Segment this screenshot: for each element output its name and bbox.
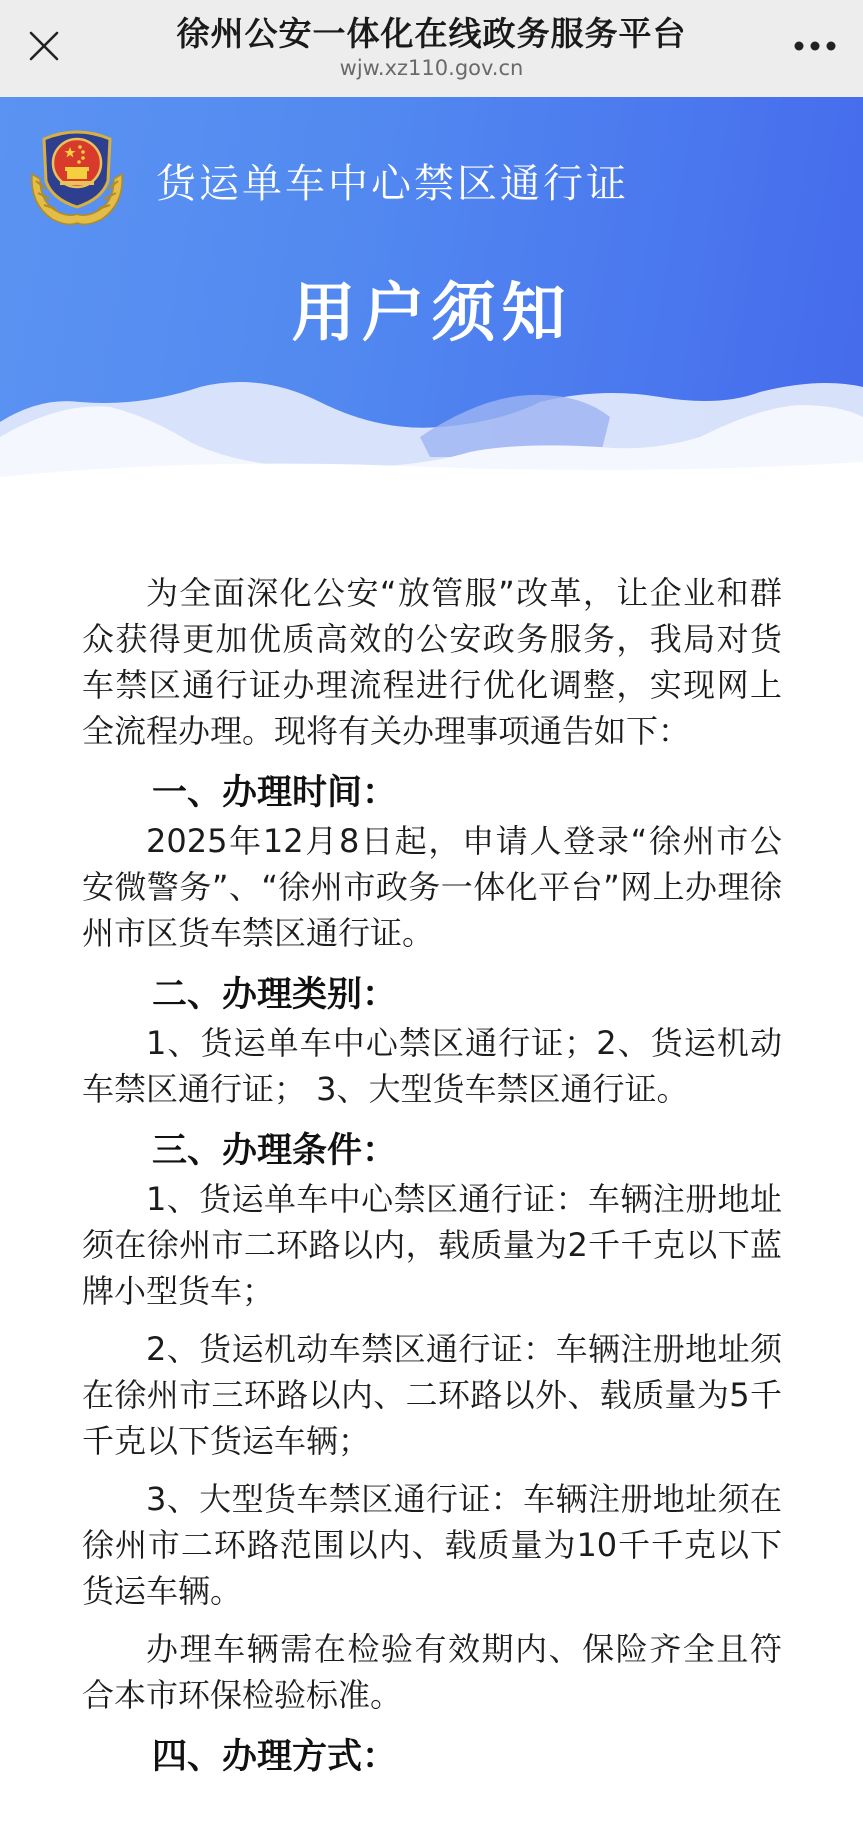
section-heading-method: 四、办理方式： — [82, 1732, 782, 1782]
section-heading-conditions: 三、办理条件： — [82, 1126, 782, 1176]
intro-paragraph: 为全面深化公安“放管服”改革，让企业和群众获得更加优质高效的公安政务服务，我局对… — [82, 570, 782, 754]
header-banner: 货运单车中心禁区通行证 用户须知 — [0, 97, 863, 517]
wave-decoration — [0, 347, 863, 517]
section-paragraph: 1、货运单车中心禁区通行证；2、货运机动车禁区通行证； 3、大型货车禁区通行证。 — [82, 1020, 782, 1112]
service-name: 货运单车中心禁区通行证 — [156, 152, 629, 209]
notice-title: 用户须知 — [0, 262, 863, 354]
section-paragraph: 3、大型货车禁区通行证：车辆注册地址须在徐州市二环路范围以内、载质量为10千千克… — [82, 1476, 782, 1614]
section-paragraph: 2、货运机动车禁区通行证：车辆注册地址须在徐州市三环路以内、二环路以外、载质量为… — [82, 1326, 782, 1464]
notice-article: 为全面深化公安“放管服”改革，让企业和群众获得更加优质高效的公安政务服务，我局对… — [82, 570, 782, 1782]
section-heading-category: 二、办理类别： — [82, 970, 782, 1020]
section-paragraph: 办理车辆需在检验有效期内、保险齐全且符合本市环保检验标准。 — [82, 1626, 782, 1718]
browser-navbar: 徐州公安一体化在线政务服务平台 wjw.xz110.gov.cn — [0, 0, 863, 97]
more-options-button[interactable] — [789, 24, 841, 68]
page-title: 徐州公安一体化在线政务服务平台 — [0, 8, 863, 55]
more-dots-icon — [793, 40, 837, 52]
section-heading-time: 一、办理时间： — [82, 768, 782, 818]
police-emblem-icon — [22, 119, 132, 229]
page-url: wjw.xz110.gov.cn — [0, 56, 863, 80]
section-paragraph: 2025年12月8日起，申请人登录“徐州市公安微警务”、“徐州市政务一体化平台”… — [82, 818, 782, 956]
section-paragraph: 1、货运单车中心禁区通行证：车辆注册地址须在徐州市二环路以内，载质量为2千千克以… — [82, 1176, 782, 1314]
